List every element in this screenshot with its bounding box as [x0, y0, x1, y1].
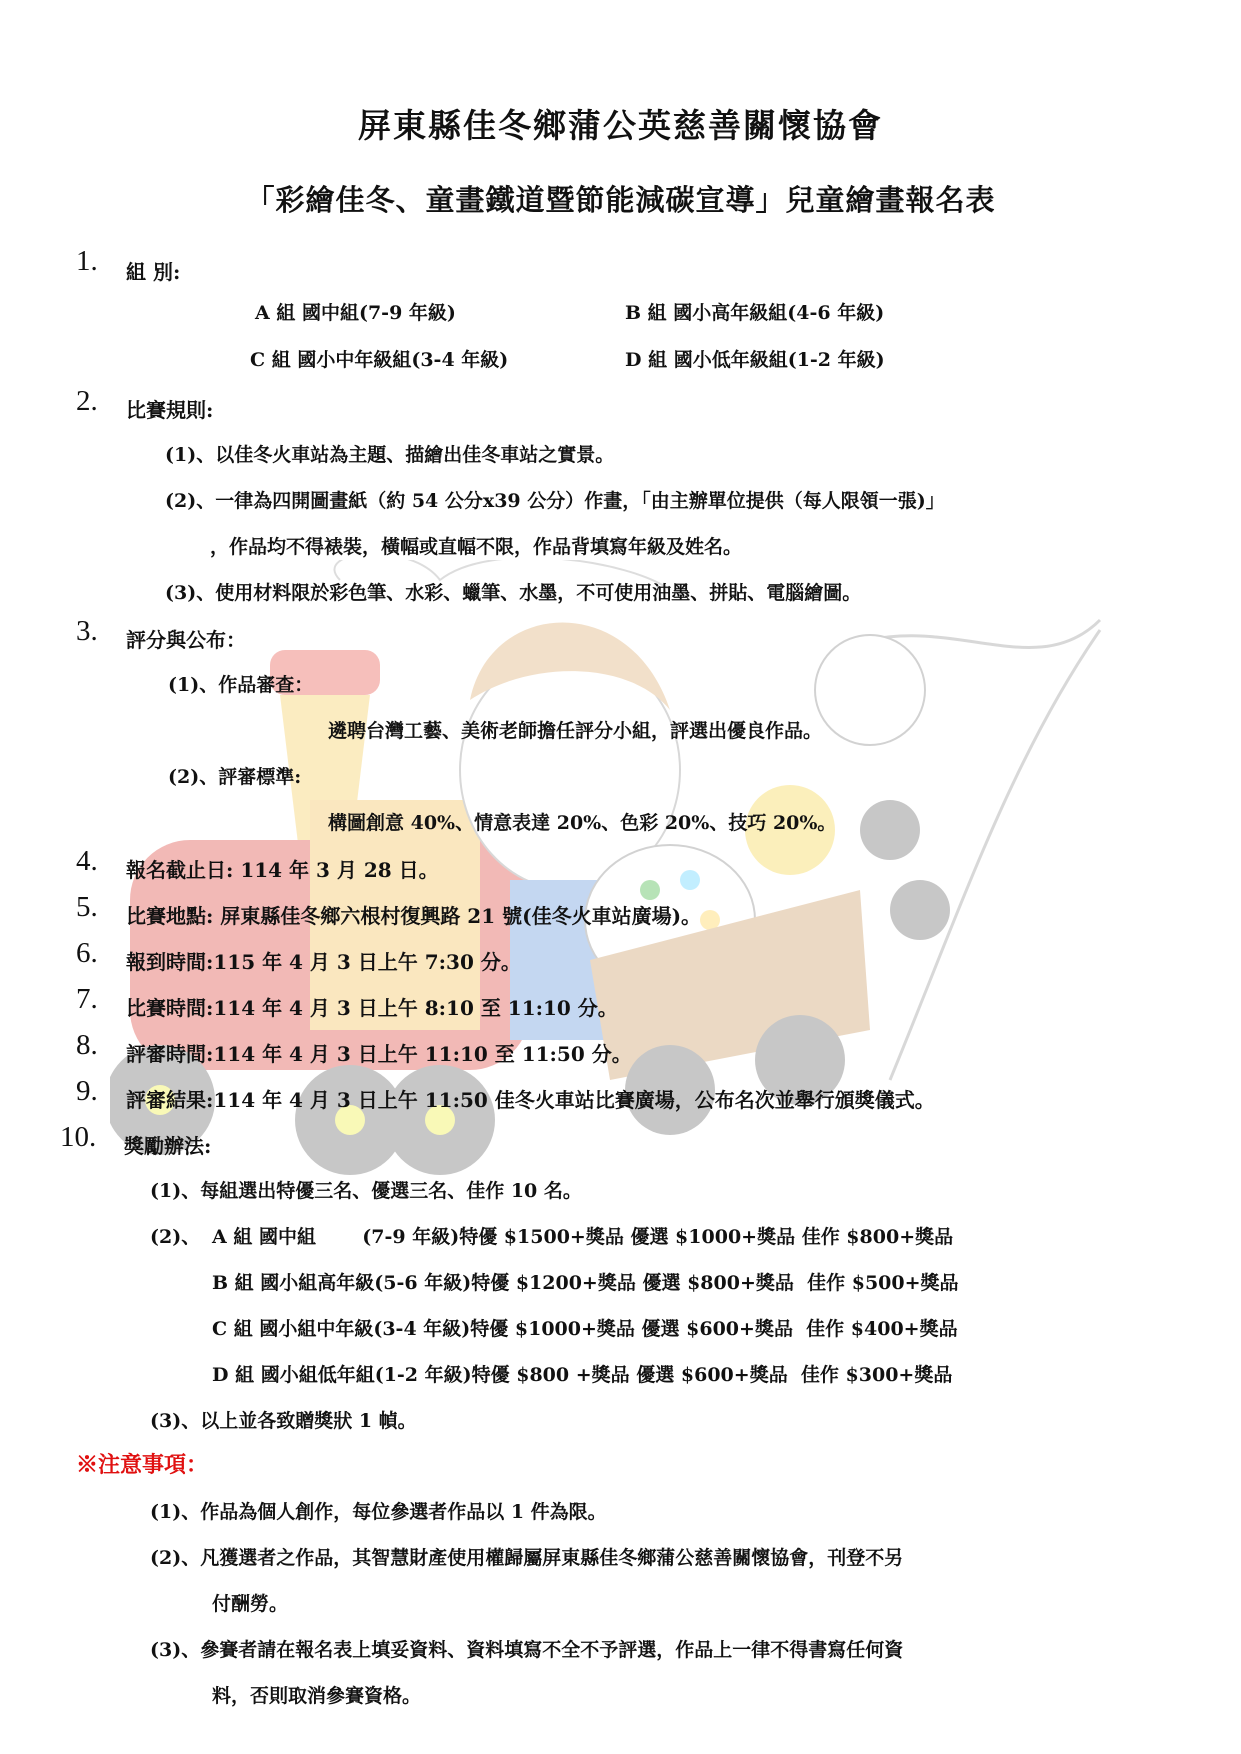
- section-number: 10.: [60, 1121, 96, 1154]
- section-contest-time: 比賽時間:114 年 4 月 3 日上午 8:10 至 11:10 分。: [126, 992, 618, 1021]
- awards-item: (3)、以上並各致贈獎狀 1 幀。: [150, 1406, 417, 1433]
- rule-item: ，作品均不得裱裝，橫幅或直幅不限，作品背填寫年級及姓名。: [210, 532, 742, 559]
- section-heading-groups: 組 別:: [126, 256, 180, 285]
- group-b: B 組 國小高年級組(4-6 年級): [625, 298, 884, 325]
- section-number: 8.: [76, 1029, 98, 1062]
- notes-heading: ※注意事項：: [76, 1448, 208, 1479]
- section-heading-rules: 比賽規則:: [126, 394, 213, 423]
- section-heading-awards: 獎勵辦法:: [124, 1130, 211, 1159]
- scoring-criteria-label: (2)、評審標準:: [168, 762, 301, 789]
- group-a: A 組 國中組(7-9 年級): [255, 298, 456, 325]
- awards-row-c: C 組 國小組中年級(3-4 年級)特優 $1000+獎品 優選 $600+獎品…: [212, 1314, 958, 1341]
- awards-row-d: D 組 國小組低年組(1-2 年級)特優 $800 +獎品 優選 $600+獎品…: [212, 1360, 952, 1387]
- section-number: 2.: [76, 385, 98, 418]
- section-number: 7.: [76, 983, 98, 1016]
- awards-row-a: A 組 國中組 (7-9 年級)特優 $1500+獎品 優選 $1000+獎品 …: [212, 1222, 953, 1249]
- rule-item: (3)、使用材料限於彩色筆、水彩、蠟筆、水墨，不可使用油墨、拼貼、電腦繪圖。: [165, 578, 861, 605]
- group-c: C 組 國小中年級組(3-4 年級): [250, 345, 508, 372]
- section-number: 1.: [76, 245, 98, 278]
- section-number: 3.: [76, 615, 98, 648]
- section-deadline: 報名截止日: 114 年 3 月 28 日。: [126, 854, 439, 883]
- note-item: (1)、作品為個人創作，每位參選者作品以 1 件為限。: [150, 1497, 607, 1524]
- org-title: 屏東縣佳冬鄉蒲公英慈善關懷協會: [0, 100, 1241, 147]
- awards-row-b: B 組 國小組高年級(5-6 年級)特優 $1200+獎品 優選 $800+獎品…: [212, 1268, 959, 1295]
- scoring-review-label: (1)、作品審查：: [168, 670, 313, 697]
- section-judging-time: 評審時間:114 年 4 月 3 日上午 11:10 至 11:50 分。: [126, 1038, 632, 1067]
- section-venue: 比賽地點: 屏東縣佳冬鄉六根村復興路 21 號(佳冬火車站廣場)。: [126, 900, 701, 929]
- section-results: 評審結果:114 年 4 月 3 日上午 11:50 佳冬火車站比賽廣場，公布名…: [126, 1084, 935, 1113]
- section-number: 6.: [76, 937, 98, 970]
- rule-item: (1)、以佳冬火車站為主題、描繪出佳冬車站之實景。: [165, 440, 614, 467]
- section-number: 9.: [76, 1075, 98, 1108]
- scoring-criteria-text: 構圖創意 40%、情意表達 20%、色彩 20%、技巧 20%。: [328, 808, 836, 835]
- section-number: 5.: [76, 891, 98, 924]
- section-number: 4.: [76, 845, 98, 878]
- registration-form-page: 屏東縣佳冬鄉蒲公英慈善關懷協會 「彩繪佳冬、童畫鐵道暨節能減碳宣導」兒童繪畫報名…: [0, 0, 1241, 1754]
- awards-item: (1)、每組選出特優三名、優選三名、佳作 10 名。: [150, 1176, 582, 1203]
- section-checkin-time: 報到時間:115 年 4 月 3 日上午 7:30 分。: [126, 946, 521, 975]
- note-item: 付酬勞。: [212, 1589, 288, 1616]
- form-title: 「彩繪佳冬、童畫鐵道暨節能減碳宣導」兒童繪畫報名表: [0, 178, 1241, 219]
- group-d: D 組 國小低年級組(1-2 年級): [625, 345, 885, 372]
- note-item: (3)、參賽者請在報名表上填妥資料、資料填寫不全不予評選，作品上一律不得書寫任何…: [150, 1635, 903, 1662]
- note-item: 料，否則取消參賽資格。: [212, 1681, 421, 1708]
- section-heading-scoring: 評分與公布：: [126, 624, 246, 653]
- rule-item: (2)、一律為四開圖畫紙（約 54 公分x39 公分）作畫，「由主辦單位提供（每…: [165, 486, 945, 513]
- awards-item-prefix: (2)、: [150, 1222, 200, 1249]
- note-item: (2)、凡獲選者之作品，其智慧財產使用權歸屬屏東縣佳冬鄉蒲公慈善關懷協會，刊登不…: [150, 1543, 903, 1570]
- scoring-review-text: 遴聘台灣工藝、美術老師擔任評分小組，評選出優良作品。: [328, 716, 822, 743]
